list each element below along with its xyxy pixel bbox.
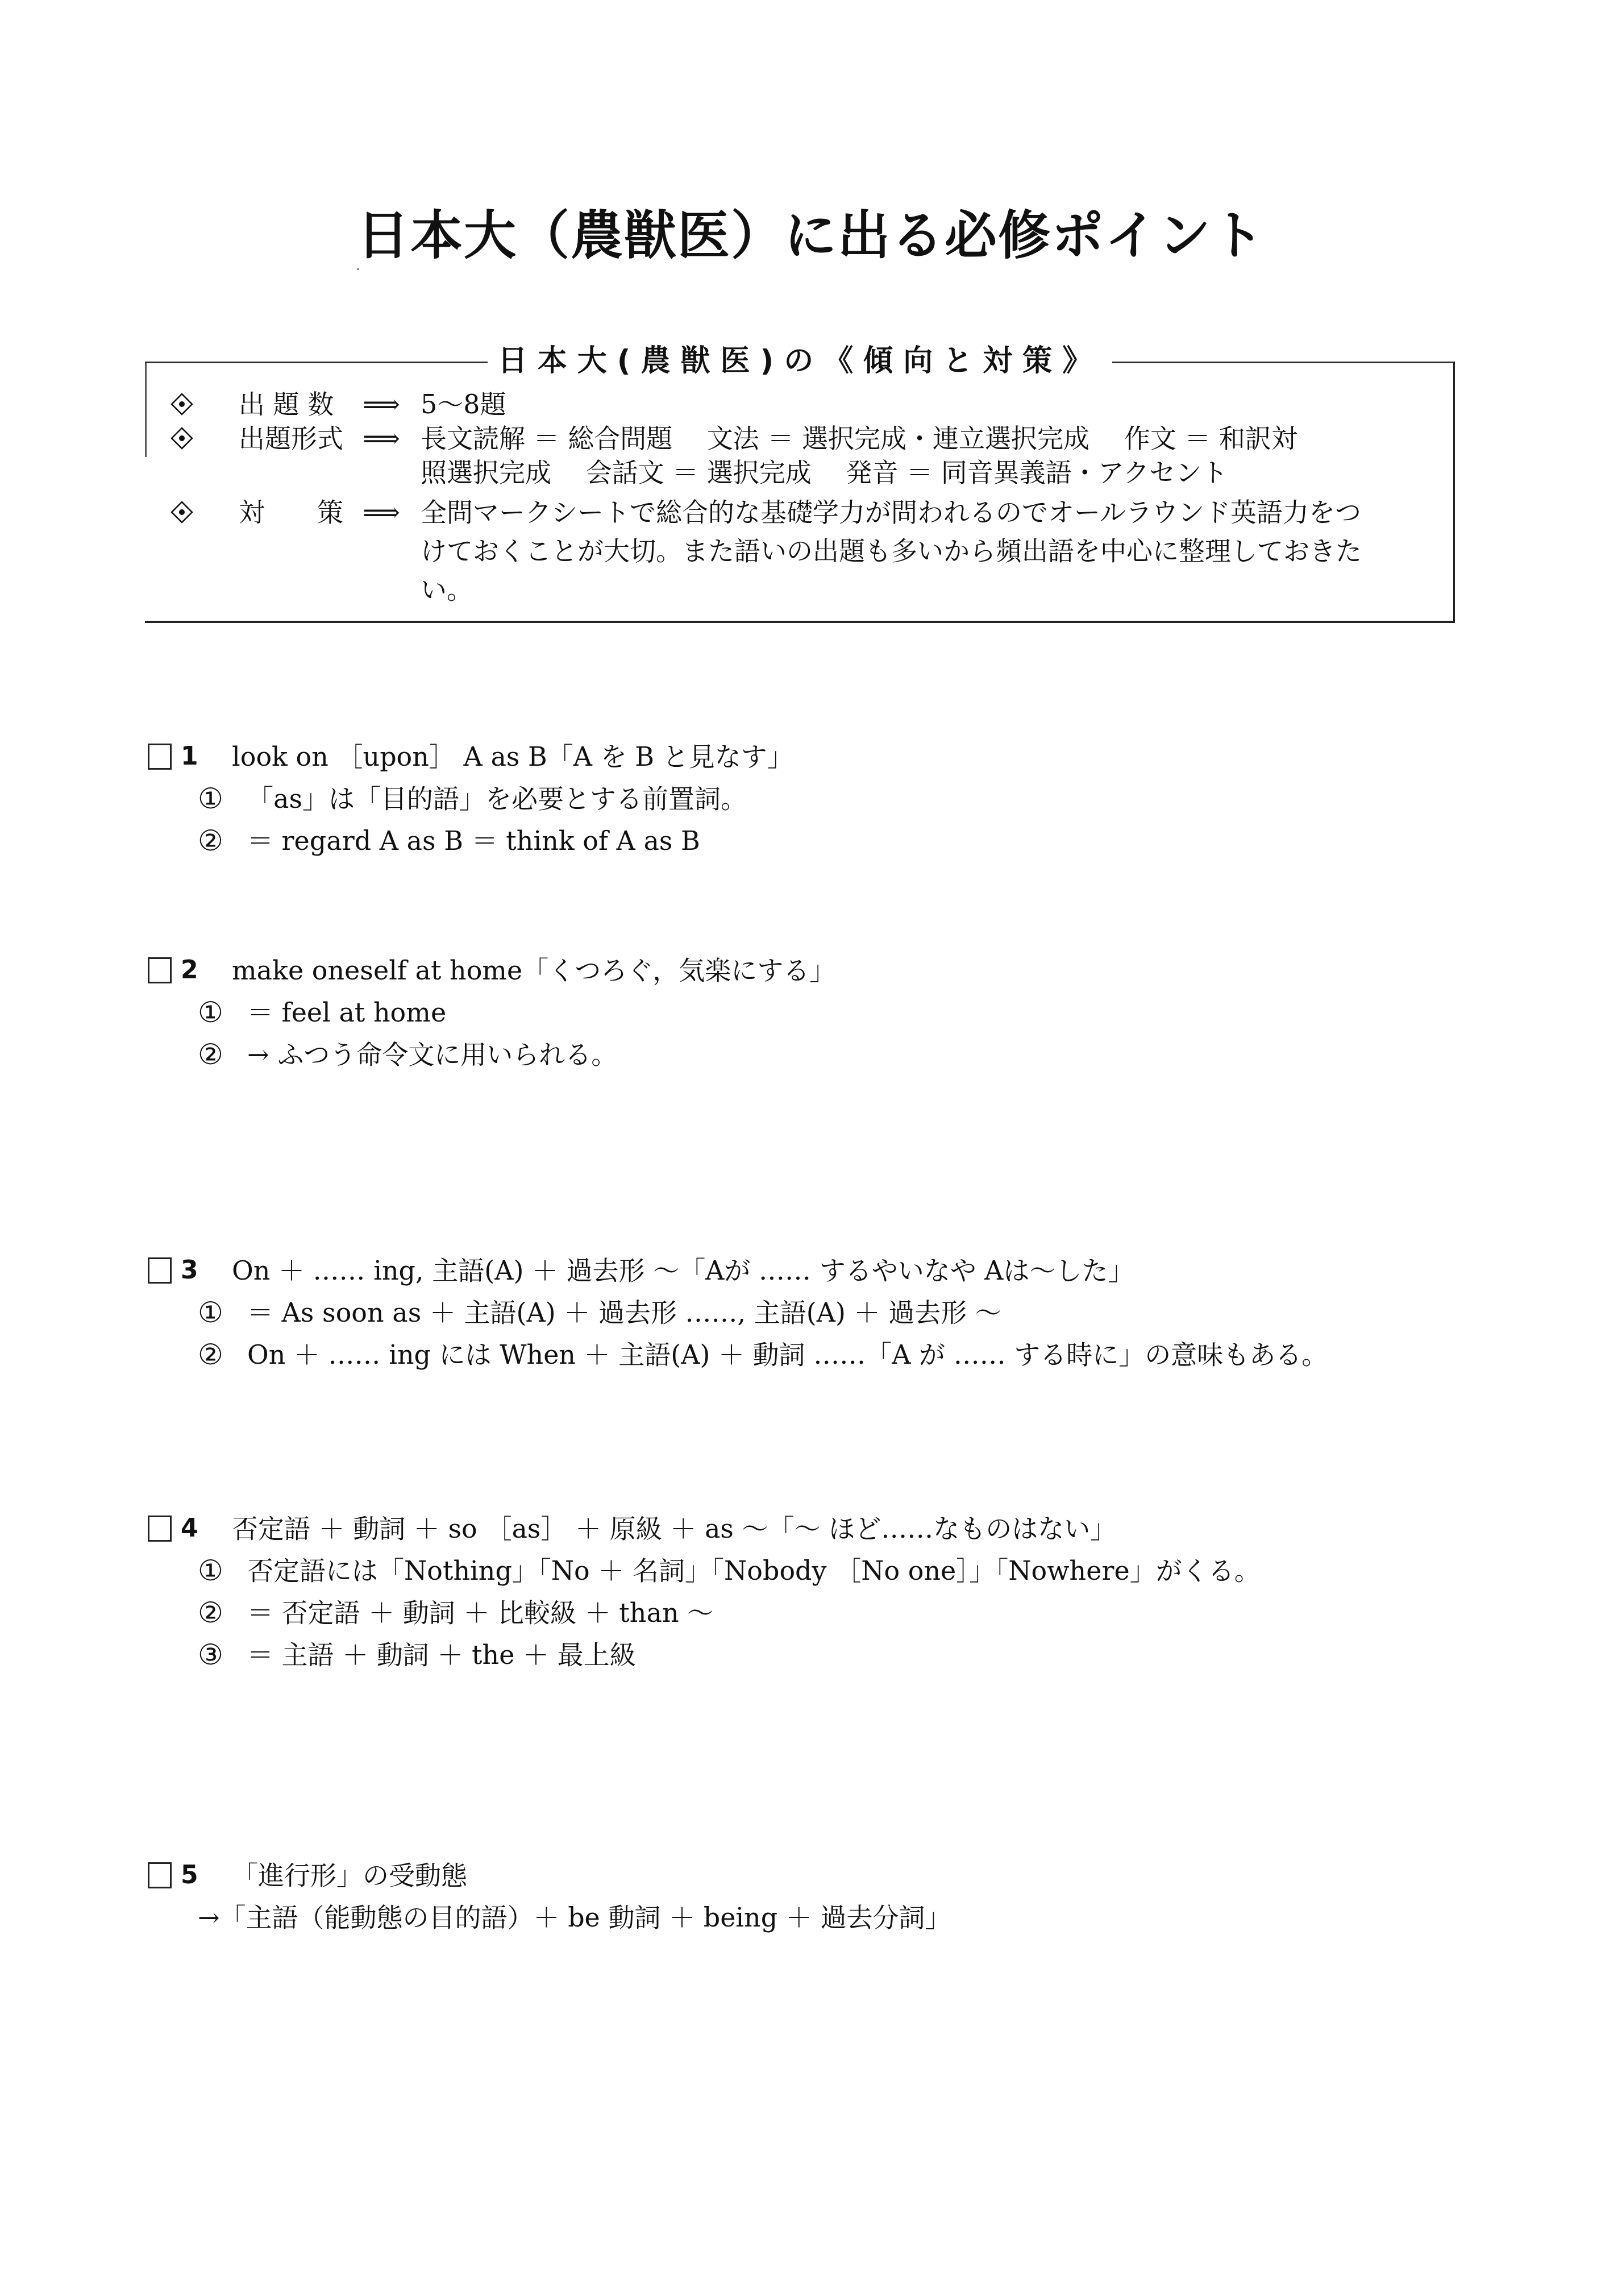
scan-speck xyxy=(357,268,359,270)
checkbox[interactable] xyxy=(148,1257,172,1284)
point-item-3: 3 On ＋ …… ing, 主語(A) ＋ 過去形 ～「Aが …… するやいな… xyxy=(148,1249,1478,1376)
trend-label: 対 策 xyxy=(239,495,343,529)
item-number: 5 xyxy=(181,1854,198,1896)
diamond-dot-icon xyxy=(170,427,193,450)
sub-point: ① ＝ feel at home xyxy=(148,991,1478,1033)
point-item-2: 2 make oneself at home「くつろぐ，気楽にする」 ① ＝ f… xyxy=(148,949,1478,1076)
circled-number: ② xyxy=(198,1592,223,1634)
trend-value: 長文読解 ＝ 総合問題 文法 ＝ 選択完成・連立選択完成 作文 ＝ 和訳対 xyxy=(421,421,1297,455)
circled-number: ① xyxy=(198,778,223,820)
diamond-dot-icon xyxy=(170,501,193,524)
sub-point: ② → ふつう命令文に用いられる。 xyxy=(148,1033,1478,1076)
trend-value: 全問マークシートで総合的な基礎学力が問われるのでオールラウンド英語力をつ xyxy=(421,495,1361,529)
trend-value-continued: 照選択完成 会話文 ＝ 選択完成 発音 ＝ 同音異義語・アクセント xyxy=(421,455,1228,489)
item-heading: 否定語 ＋ 動詞 ＋ so ［as］ ＋ 原級 ＋ as ～「～ ほど……なもの… xyxy=(232,1508,1116,1550)
double-arrow-icon: ⟹ xyxy=(363,421,400,455)
item-number: 2 xyxy=(181,949,198,991)
item-heading: look on ［upon］ A as B「A を B と見なす」 xyxy=(232,736,793,778)
item-number: 4 xyxy=(181,1508,198,1550)
sub-point: →「主語（能動態の目的語）＋ be 動詞 ＋ being ＋ 過去分詞」 xyxy=(148,1896,1478,1938)
item-heading: On ＋ …… ing, 主語(A) ＋ 過去形 ～「Aが …… するやいなや … xyxy=(232,1249,1134,1292)
circled-number: ① xyxy=(198,1550,223,1592)
sub-point-text: ＝ 否定語 ＋ 動詞 ＋ 比較級 ＋ than ～ xyxy=(247,1592,713,1634)
sub-point-text: ＝ feel at home xyxy=(247,991,446,1033)
sub-point: ② ＝ 否定語 ＋ 動詞 ＋ 比較級 ＋ than ～ xyxy=(148,1592,1478,1634)
checkbox[interactable] xyxy=(148,957,172,983)
item-number: 1 xyxy=(181,736,198,778)
sub-point: ① ＝ As soon as ＋ 主語(A) ＋ 過去形 ……, 主語(A) ＋… xyxy=(148,1292,1478,1334)
sub-point: ② On ＋ …… ing には When ＋ 主語(A) ＋ 動詞 ……「A … xyxy=(148,1334,1478,1376)
trends-box: 日本大(農獣医)の《傾向と対策》 出 題 数 ⟹ 5～8題 出題形式 ⟹ 長文読… xyxy=(145,362,1455,623)
sub-point-text: ＝ As soon as ＋ 主語(A) ＋ 過去形 ……, 主語(A) ＋ 過… xyxy=(247,1292,1001,1334)
trend-value: 5～8題 xyxy=(421,387,506,421)
sub-point: ① 「as」は「目的語」を必要とする前置詞。 xyxy=(148,778,1478,820)
item-heading: make oneself at home「くつろぐ，気楽にする」 xyxy=(232,949,835,991)
item-number: 3 xyxy=(181,1249,198,1292)
sub-point-text: → ふつう命令文に用いられる。 xyxy=(247,1033,617,1076)
checkbox[interactable] xyxy=(148,744,172,770)
sub-point-text: →「主語（能動態の目的語）＋ be 動詞 ＋ being ＋ 過去分詞」 xyxy=(198,1896,951,1938)
checkbox[interactable] xyxy=(148,1862,172,1888)
point-item-5: 5 「進行形」の受動態 →「主語（能動態の目的語）＋ be 動詞 ＋ being… xyxy=(148,1854,1478,1938)
trends-heading: 日本大(農獣医)の《傾向と対策》 xyxy=(145,338,1455,384)
trend-label: 出 題 数 xyxy=(239,387,334,421)
page-title: 日本大（農獣医）に出る必修ポイント xyxy=(0,205,1622,267)
point-item-1: 1 look on ［upon］ A as B「A を B と見なす」 ① 「a… xyxy=(148,736,1478,862)
sub-point-text: ＝ regard A as B ＝ think of A as B xyxy=(247,820,700,862)
checkbox[interactable] xyxy=(148,1516,172,1542)
sub-point-text: ＝ 主語 ＋ 動詞 ＋ the ＋ 最上級 xyxy=(247,1634,636,1676)
double-arrow-icon: ⟹ xyxy=(363,387,400,421)
item-heading: 「進行形」の受動態 xyxy=(232,1854,467,1896)
circled-number: ② xyxy=(198,1033,223,1076)
sub-point-text: 否定語には「Nothing」「No ＋ 名詞」「Nobody ［No one］」… xyxy=(247,1550,1261,1592)
circled-number: ③ xyxy=(198,1634,223,1676)
diamond-dot-icon xyxy=(170,393,193,416)
trend-value-continued: けておくことが大切。また語いの出題も多いから頻出語を中心に整理しておきた xyxy=(421,534,1362,568)
sub-point-text: 「as」は「目的語」を必要とする前置詞。 xyxy=(247,778,747,820)
trend-label: 出題形式 xyxy=(239,421,343,455)
circled-number: ② xyxy=(198,1334,223,1376)
sub-point-text: On ＋ …… ing には When ＋ 主語(A) ＋ 動詞 ……「A が … xyxy=(247,1334,1328,1376)
sub-point: ③ ＝ 主語 ＋ 動詞 ＋ the ＋ 最上級 xyxy=(148,1634,1478,1676)
double-arrow-icon: ⟹ xyxy=(363,495,400,529)
point-item-4: 4 否定語 ＋ 動詞 ＋ so ［as］ ＋ 原級 ＋ as ～「～ ほど……な… xyxy=(148,1508,1478,1676)
trend-value-continued: い。 xyxy=(421,572,473,607)
sub-point: ① 否定語には「Nothing」「No ＋ 名詞」「Nobody ［No one… xyxy=(148,1550,1478,1592)
trends-heading-text: 日本大(農獣医)の《傾向と対策》 xyxy=(488,338,1113,384)
sub-point: ② ＝ regard A as B ＝ think of A as B xyxy=(148,820,1478,862)
circled-number: ② xyxy=(198,820,223,862)
circled-number: ① xyxy=(198,1292,223,1334)
circled-number: ① xyxy=(198,991,223,1033)
